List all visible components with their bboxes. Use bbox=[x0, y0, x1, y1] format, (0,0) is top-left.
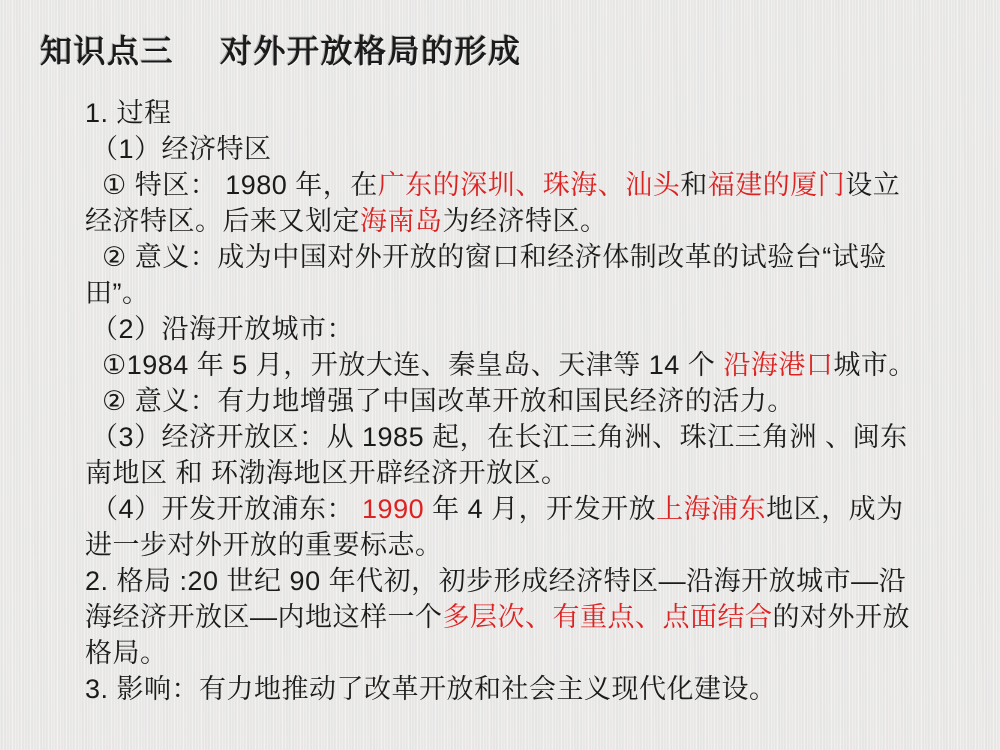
text-segment: 地区，成为 bbox=[766, 494, 904, 524]
text-segment: 海经济开放区—内地这样一个 bbox=[85, 602, 443, 632]
body-text: 1. 过程（1）经济特区① 特区： 1980 年，在广东的深圳、珠海、汕头和福建… bbox=[85, 95, 963, 707]
highlighted-text: 沿海港口 bbox=[723, 350, 833, 380]
text-line: 南地区 和 环渤海地区开辟经济开放区。 bbox=[85, 455, 963, 491]
title-heading: 对外开放格局的形成 bbox=[220, 33, 522, 69]
text-line: 2. 格局 :20 世纪 90 年代初，初步形成经济特区—沿海开放城市—沿 bbox=[85, 563, 963, 599]
highlighted-text: 海南岛 bbox=[360, 206, 443, 236]
text-segment: 设立 bbox=[845, 170, 900, 200]
text-line: 进一步对外开放的重要标志。 bbox=[85, 527, 963, 563]
text-line: 海经济开放区—内地这样一个多层次、有重点、点面结合的对外开放 bbox=[85, 599, 963, 635]
text-line: 经济特区。后来又划定海南岛为经济特区。 bbox=[85, 203, 963, 239]
highlighted-text: 1990 bbox=[362, 494, 424, 524]
text-line: 3. 影响：有力地推动了改革开放和社会主义现代化建设。 bbox=[85, 671, 963, 707]
text-segment: 2. 格局 :20 世纪 90 年代初，初步形成经济特区—沿海开放城市—沿 bbox=[85, 566, 906, 596]
text-segment: 城市。 bbox=[833, 350, 916, 380]
text-line: （3）经济开放区：从 1985 起，在长江三角洲、珠江三角洲 、闽东 bbox=[85, 419, 963, 455]
knowledge-point-label: 知识点三 bbox=[40, 33, 174, 69]
text-segment: 年 4 月，开发开放 bbox=[424, 494, 656, 524]
text-segment: （1）经济特区 bbox=[91, 134, 272, 164]
text-segment: 田”。 bbox=[85, 278, 150, 308]
text-segment: （4）开发开放浦东： bbox=[91, 494, 362, 524]
highlighted-text: 福建的厦门 bbox=[708, 170, 846, 200]
highlighted-text: 多层次、有重点、点面结合 bbox=[443, 602, 773, 632]
text-segment: 和 bbox=[680, 170, 708, 200]
text-line: 1. 过程 bbox=[85, 95, 963, 131]
text-segment: 为经济特区。 bbox=[443, 206, 608, 236]
slide-title: 知识点三对外开放格局的形成 bbox=[40, 33, 522, 69]
text-line: ① 特区： 1980 年，在广东的深圳、珠海、汕头和福建的厦门设立 bbox=[85, 167, 963, 203]
text-line: （2）沿海开放城市： bbox=[85, 311, 963, 347]
text-segment: 经济特区。后来又划定 bbox=[85, 206, 360, 236]
text-line: ② 意义：有力地增强了中国改革开放和国民经济的活力。 bbox=[85, 383, 963, 419]
text-segment: ② 意义：有力地增强了中国改革开放和国民经济的活力。 bbox=[102, 386, 795, 416]
highlighted-text: 广东的深圳、珠海、汕头 bbox=[378, 170, 681, 200]
text-line: 格局。 bbox=[85, 635, 963, 671]
text-line: （4）开发开放浦东： 1990 年 4 月，开发开放上海浦东地区，成为 bbox=[85, 491, 963, 527]
text-segment: ② 意义：成为中国对外开放的窗口和经济体制改革的试验台“试验 bbox=[102, 242, 887, 272]
text-line: （1）经济特区 bbox=[85, 131, 963, 167]
text-segment: 进一步对外开放的重要标志。 bbox=[85, 530, 443, 560]
text-segment: 的对外开放 bbox=[773, 602, 911, 632]
text-line: ② 意义：成为中国对外开放的窗口和经济体制改革的试验台“试验 bbox=[85, 239, 963, 275]
text-segment: ① 特区： 1980 年，在 bbox=[102, 170, 378, 200]
highlighted-text: 上海浦东 bbox=[656, 494, 766, 524]
text-segment: 南地区 和 环渤海地区开辟经济开放区。 bbox=[85, 458, 569, 488]
text-segment: ①1984 年 5 月，开放大连、秦皇岛、天津等 14 个 bbox=[102, 350, 723, 380]
text-segment: 格局。 bbox=[85, 638, 168, 668]
text-segment: （2）沿海开放城市： bbox=[91, 314, 354, 344]
text-segment: 1. 过程 bbox=[85, 98, 172, 128]
slide: 知识点三对外开放格局的形成 1. 过程（1）经济特区① 特区： 1980 年，在… bbox=[0, 0, 1000, 750]
text-line: 田”。 bbox=[85, 275, 963, 311]
text-segment: 3. 影响：有力地推动了改革开放和社会主义现代化建设。 bbox=[85, 674, 777, 704]
text-segment: （3）经济开放区：从 1985 起，在长江三角洲、珠江三角洲 、闽东 bbox=[91, 422, 908, 452]
text-line: ①1984 年 5 月，开放大连、秦皇岛、天津等 14 个 沿海港口城市。 bbox=[85, 347, 963, 383]
